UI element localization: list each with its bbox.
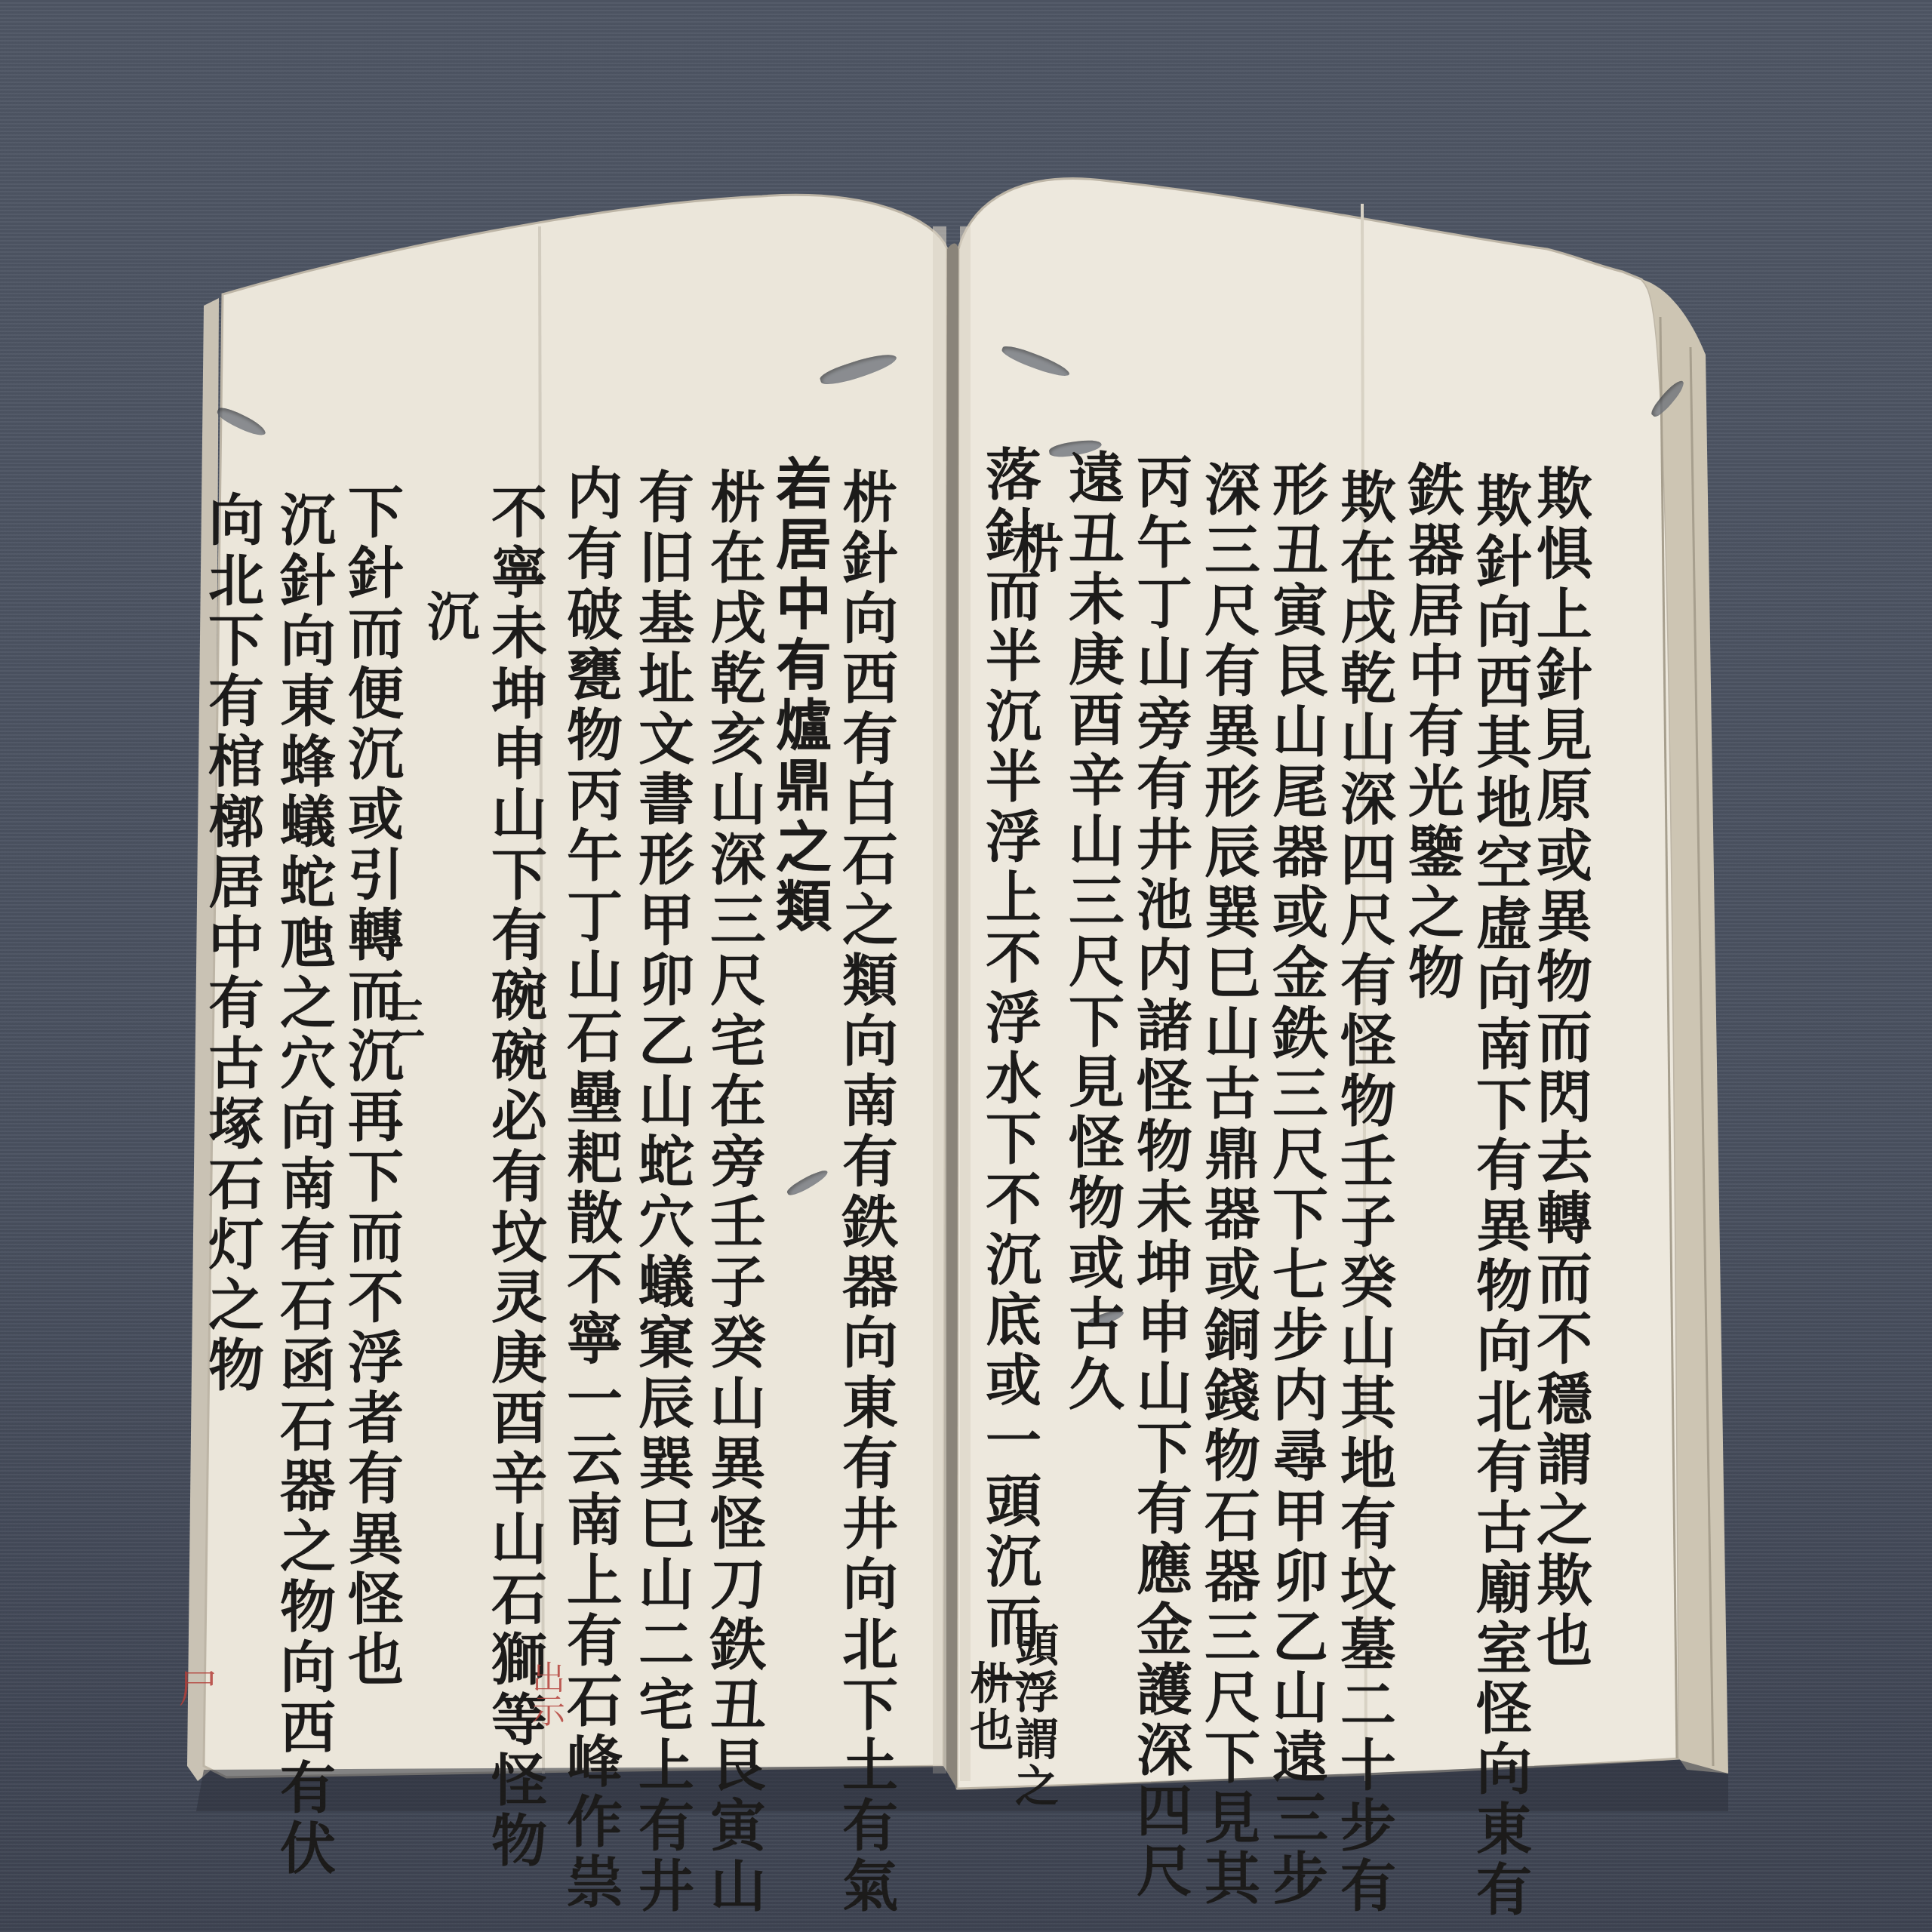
left-col-9: 沉針向東蜂蟻蛇虺之穴向南有石函石器之物向西有伏 [275, 491, 331, 1879]
right-col-4: 欺在戌乾山深四尺有怪物壬子癸山其地有坟墓二十步有 [1336, 468, 1392, 1917]
right-col-1: 欺惧上針見原或異物而閃去轉而不穩謂之欺也 [1532, 464, 1588, 1672]
right-col-7: 丙午丁山旁有井池内諸怪物未坤申山下有應金護深四尺 [1132, 453, 1188, 1902]
right-col-2: 欺針向西其地空虛向南下有異物向北有古廟室怪向東有 [1472, 472, 1527, 1921]
left-col-8: 下針而便沉或引轉而沉再下而不浮者有異怪也 [343, 483, 399, 1690]
right-col-10: 落針而半沉半浮上不浮水下不沉底或一頭沉而一 [981, 445, 1037, 1713]
right-annotation-2: 㭊也 [966, 1660, 1010, 1754]
red-seal-mark: 出示 [521, 1660, 569, 1727]
left-col-1: 㭊針向西有白石之類向南有鉄器向東有井向北下土有氣 [838, 468, 894, 1917]
left-col-3: 㭊在戌乾亥山深三尺宅在旁壬子癸山異怪刀鉄丑艮寅山 [706, 468, 761, 1917]
right-col-3: 鉄器居中有光鑒之物 [1404, 460, 1460, 1004]
right-col-8: 遠丑未庚酉辛山三尺下見怪物或古久 [1064, 449, 1120, 1415]
left-col-5: 内有破甕物丙午丁山石壘耙散不寧一云南上有石峰作祟 [562, 464, 618, 1913]
right-annotation-1: 頭浮謂之 [1011, 1623, 1055, 1810]
left-small-annotation: 三 [377, 996, 421, 1043]
left-col-2: 𠰥居中有爐鼎之類 [774, 457, 829, 940]
left-col-4: 有旧基址文書形甲卯乙山蛇穴蟻窠辰巽巳山二宅上有井 [634, 468, 690, 1917]
left-heading-chen: 沉 [423, 589, 475, 646]
right-col-6: 深三尺有異形辰巽巳山古鼎器或銅錢物石器三尺下見其 [1200, 460, 1256, 1909]
red-correction-mark: 尸 [166, 1668, 223, 1707]
right-col-5: 形丑寅艮山尾器或金鉄三尺下七步内尋甲卯乙山遠三步 [1268, 460, 1324, 1909]
left-col-10: 向北下有棺槨居中有古塚石灯之物 [204, 491, 260, 1396]
